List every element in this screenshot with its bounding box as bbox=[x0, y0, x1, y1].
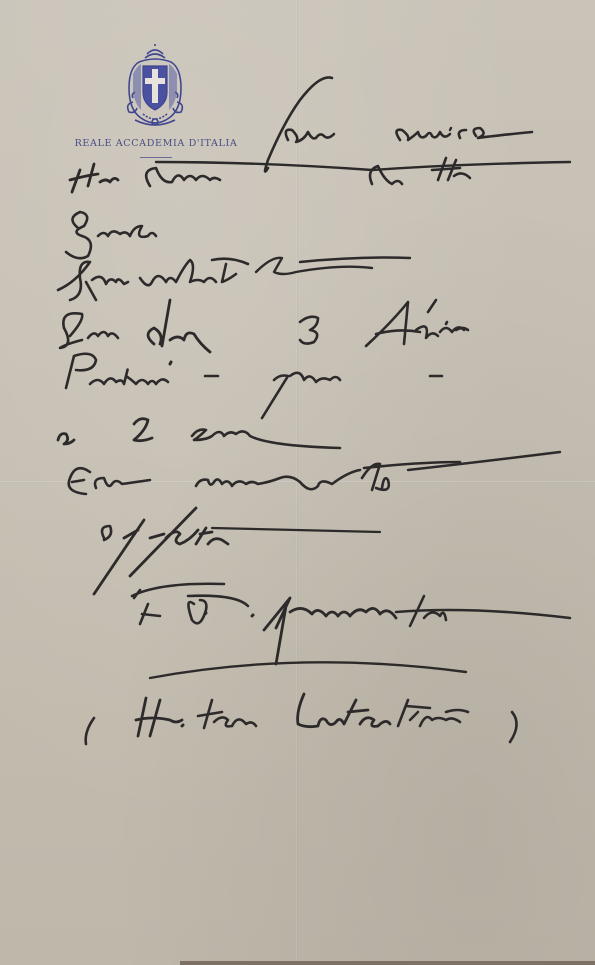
handwritten-salutation bbox=[265, 77, 532, 171]
handwritten-line-8 bbox=[94, 508, 380, 594]
handwritten-line-4 bbox=[60, 300, 468, 352]
handwritten-line-6 bbox=[58, 419, 560, 470]
handwritten-signature bbox=[132, 584, 570, 678]
handwritten-postscript bbox=[86, 694, 517, 744]
letter-sheet: REALE ACCADEMIA D'ITALIA bbox=[0, 0, 595, 965]
handwritten-line-7 bbox=[69, 462, 460, 494]
handwritten-line-3 bbox=[58, 258, 410, 301]
handwritten-line-5 bbox=[66, 354, 442, 418]
handwritten-line-1 bbox=[70, 158, 570, 192]
handwriting-ink bbox=[0, 0, 595, 965]
handwritten-line-2 bbox=[66, 212, 156, 258]
